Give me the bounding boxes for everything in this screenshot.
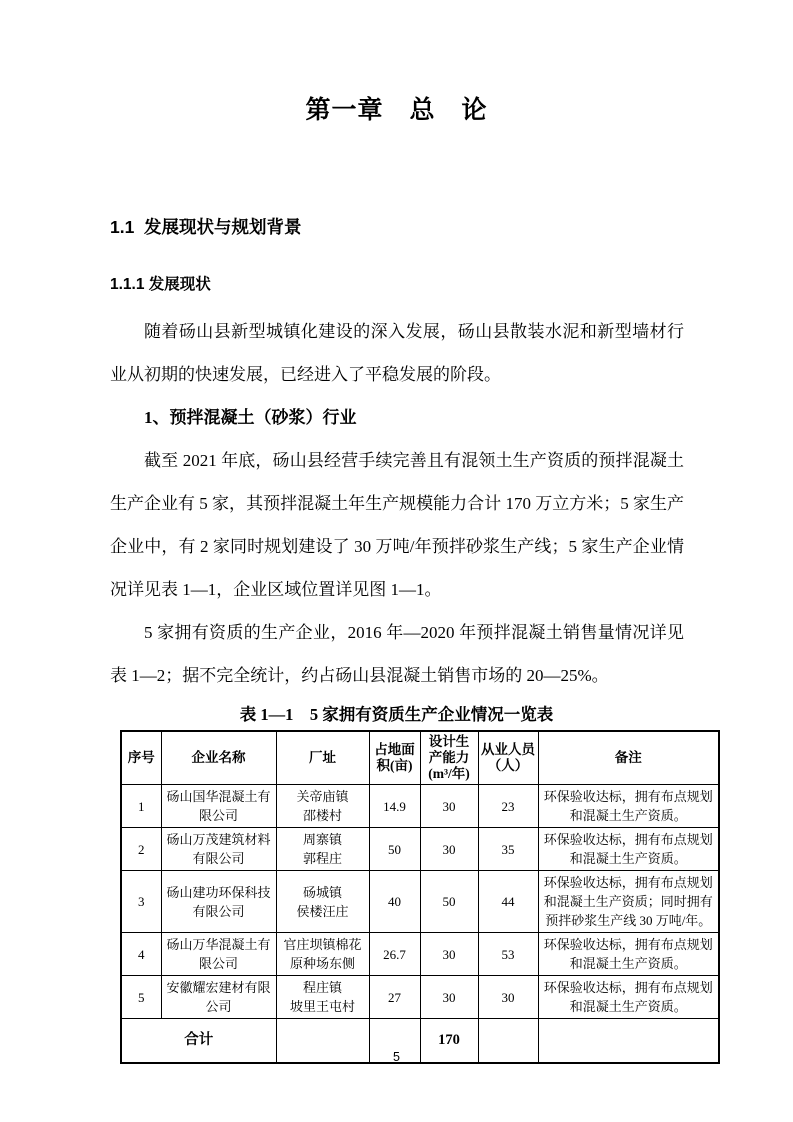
enterprise-table: 序号 企业名称 厂址 占地面积(亩) 设计生产能力(m³/年) 从业人员（人） … bbox=[120, 730, 720, 1064]
list-heading-ready-mix: 1、预拌混凝土（砂浆）行业 bbox=[110, 396, 793, 439]
page-number: 5 bbox=[0, 1050, 793, 1064]
chapter-title: 第一章 总 论 bbox=[0, 0, 793, 126]
cell-address: 程庄镇 坡里王屯村 bbox=[276, 976, 369, 1019]
cell-company: 砀山万华混凝土有限公司 bbox=[161, 933, 276, 976]
header-remark: 备注 bbox=[538, 731, 719, 785]
cell-company: 砀山万茂建筑材料有限公司 bbox=[161, 828, 276, 871]
cell-employees: 35 bbox=[478, 828, 538, 871]
cell-capacity: 30 bbox=[420, 976, 478, 1019]
cell-capacity: 50 bbox=[420, 871, 478, 933]
cell-address: 官庄坝镇棉花 原种场东侧 bbox=[276, 933, 369, 976]
cell-area: 27 bbox=[369, 976, 420, 1019]
table-row: 1 砀山国华混凝土有限公司 关帝庙镇 邵楼村 14.9 30 23 环保验收达标… bbox=[121, 785, 719, 828]
table-header-row: 序号 企业名称 厂址 占地面积(亩) 设计生产能力(m³/年) 从业人员（人） … bbox=[121, 731, 719, 785]
cell-serial: 2 bbox=[121, 828, 161, 871]
header-capacity: 设计生产能力(m³/年) bbox=[420, 731, 478, 785]
cell-capacity: 30 bbox=[420, 828, 478, 871]
cell-area: 26.7 bbox=[369, 933, 420, 976]
table-row: 5 安徽耀宏建材有限公司 程庄镇 坡里王屯村 27 30 30 环保验收达标，拥… bbox=[121, 976, 719, 1019]
cell-remark: 环保验收达标，拥有布点规划和混凝土生产资质；同时拥有预拌砂浆生产线 30 万吨/… bbox=[538, 871, 719, 933]
cell-address: 周寨镇 郭程庄 bbox=[276, 828, 369, 871]
cell-area: 50 bbox=[369, 828, 420, 871]
cell-employees: 30 bbox=[478, 976, 538, 1019]
cell-area: 40 bbox=[369, 871, 420, 933]
cell-company: 砀山国华混凝土有限公司 bbox=[161, 785, 276, 828]
header-employees: 从业人员（人） bbox=[478, 731, 538, 785]
cell-serial: 1 bbox=[121, 785, 161, 828]
header-company: 企业名称 bbox=[161, 731, 276, 785]
cell-remark: 环保验收达标，拥有布点规划和混凝土生产资质。 bbox=[538, 785, 719, 828]
cell-company: 砀山建功环保科技有限公司 bbox=[161, 871, 276, 933]
cell-serial: 5 bbox=[121, 976, 161, 1019]
table-row: 4 砀山万华混凝土有限公司 官庄坝镇棉花 原种场东侧 26.7 30 53 环保… bbox=[121, 933, 719, 976]
cell-serial: 4 bbox=[121, 933, 161, 976]
section-heading: 1.1 发展现状与规划背景 bbox=[110, 214, 793, 239]
paragraph-sales-volume: 5 家拥有资质的生产企业，2016 年—2020 年预拌混凝土销售量情况详见表 … bbox=[110, 611, 684, 697]
document-page: 第一章 总 论 1.1 发展现状与规划背景 1.1.1 发展现状 随着砀山县新型… bbox=[0, 0, 793, 1122]
cell-employees: 44 bbox=[478, 871, 538, 933]
cell-company: 安徽耀宏建材有限公司 bbox=[161, 976, 276, 1019]
paragraph-development-status: 随着砀山县新型城镇化建设的深入发展，砀山县散装水泥和新型墙材行业从初期的快速发展… bbox=[110, 310, 684, 396]
header-serial: 序号 bbox=[121, 731, 161, 785]
cell-address: 砀城镇 侯楼汪庄 bbox=[276, 871, 369, 933]
cell-employees: 53 bbox=[478, 933, 538, 976]
cell-address: 关帝庙镇 邵楼村 bbox=[276, 785, 369, 828]
subsection-heading: 1.1.1 发展现状 bbox=[110, 272, 793, 294]
cell-area: 14.9 bbox=[369, 785, 420, 828]
table-title: 表 1—1 5 家拥有资质生产企业情况一览表 bbox=[0, 701, 793, 725]
cell-remark: 环保验收达标，拥有布点规划和混凝土生产资质。 bbox=[538, 976, 719, 1019]
header-area: 占地面积(亩) bbox=[369, 731, 420, 785]
cell-capacity: 30 bbox=[420, 785, 478, 828]
cell-remark: 环保验收达标，拥有布点规划和混凝土生产资质。 bbox=[538, 933, 719, 976]
table-row: 2 砀山万茂建筑材料有限公司 周寨镇 郭程庄 50 30 35 环保验收达标，拥… bbox=[121, 828, 719, 871]
paragraph-enterprise-overview: 截至 2021 年底，砀山县经营手续完善且有混领土生产资质的预拌混凝土生产企业有… bbox=[110, 439, 684, 611]
cell-employees: 23 bbox=[478, 785, 538, 828]
cell-capacity: 30 bbox=[420, 933, 478, 976]
cell-remark: 环保验收达标，拥有布点规划和混凝土生产资质。 bbox=[538, 828, 719, 871]
header-address: 厂址 bbox=[276, 731, 369, 785]
table-row: 3 砀山建功环保科技有限公司 砀城镇 侯楼汪庄 40 50 44 环保验收达标，… bbox=[121, 871, 719, 933]
cell-serial: 3 bbox=[121, 871, 161, 933]
